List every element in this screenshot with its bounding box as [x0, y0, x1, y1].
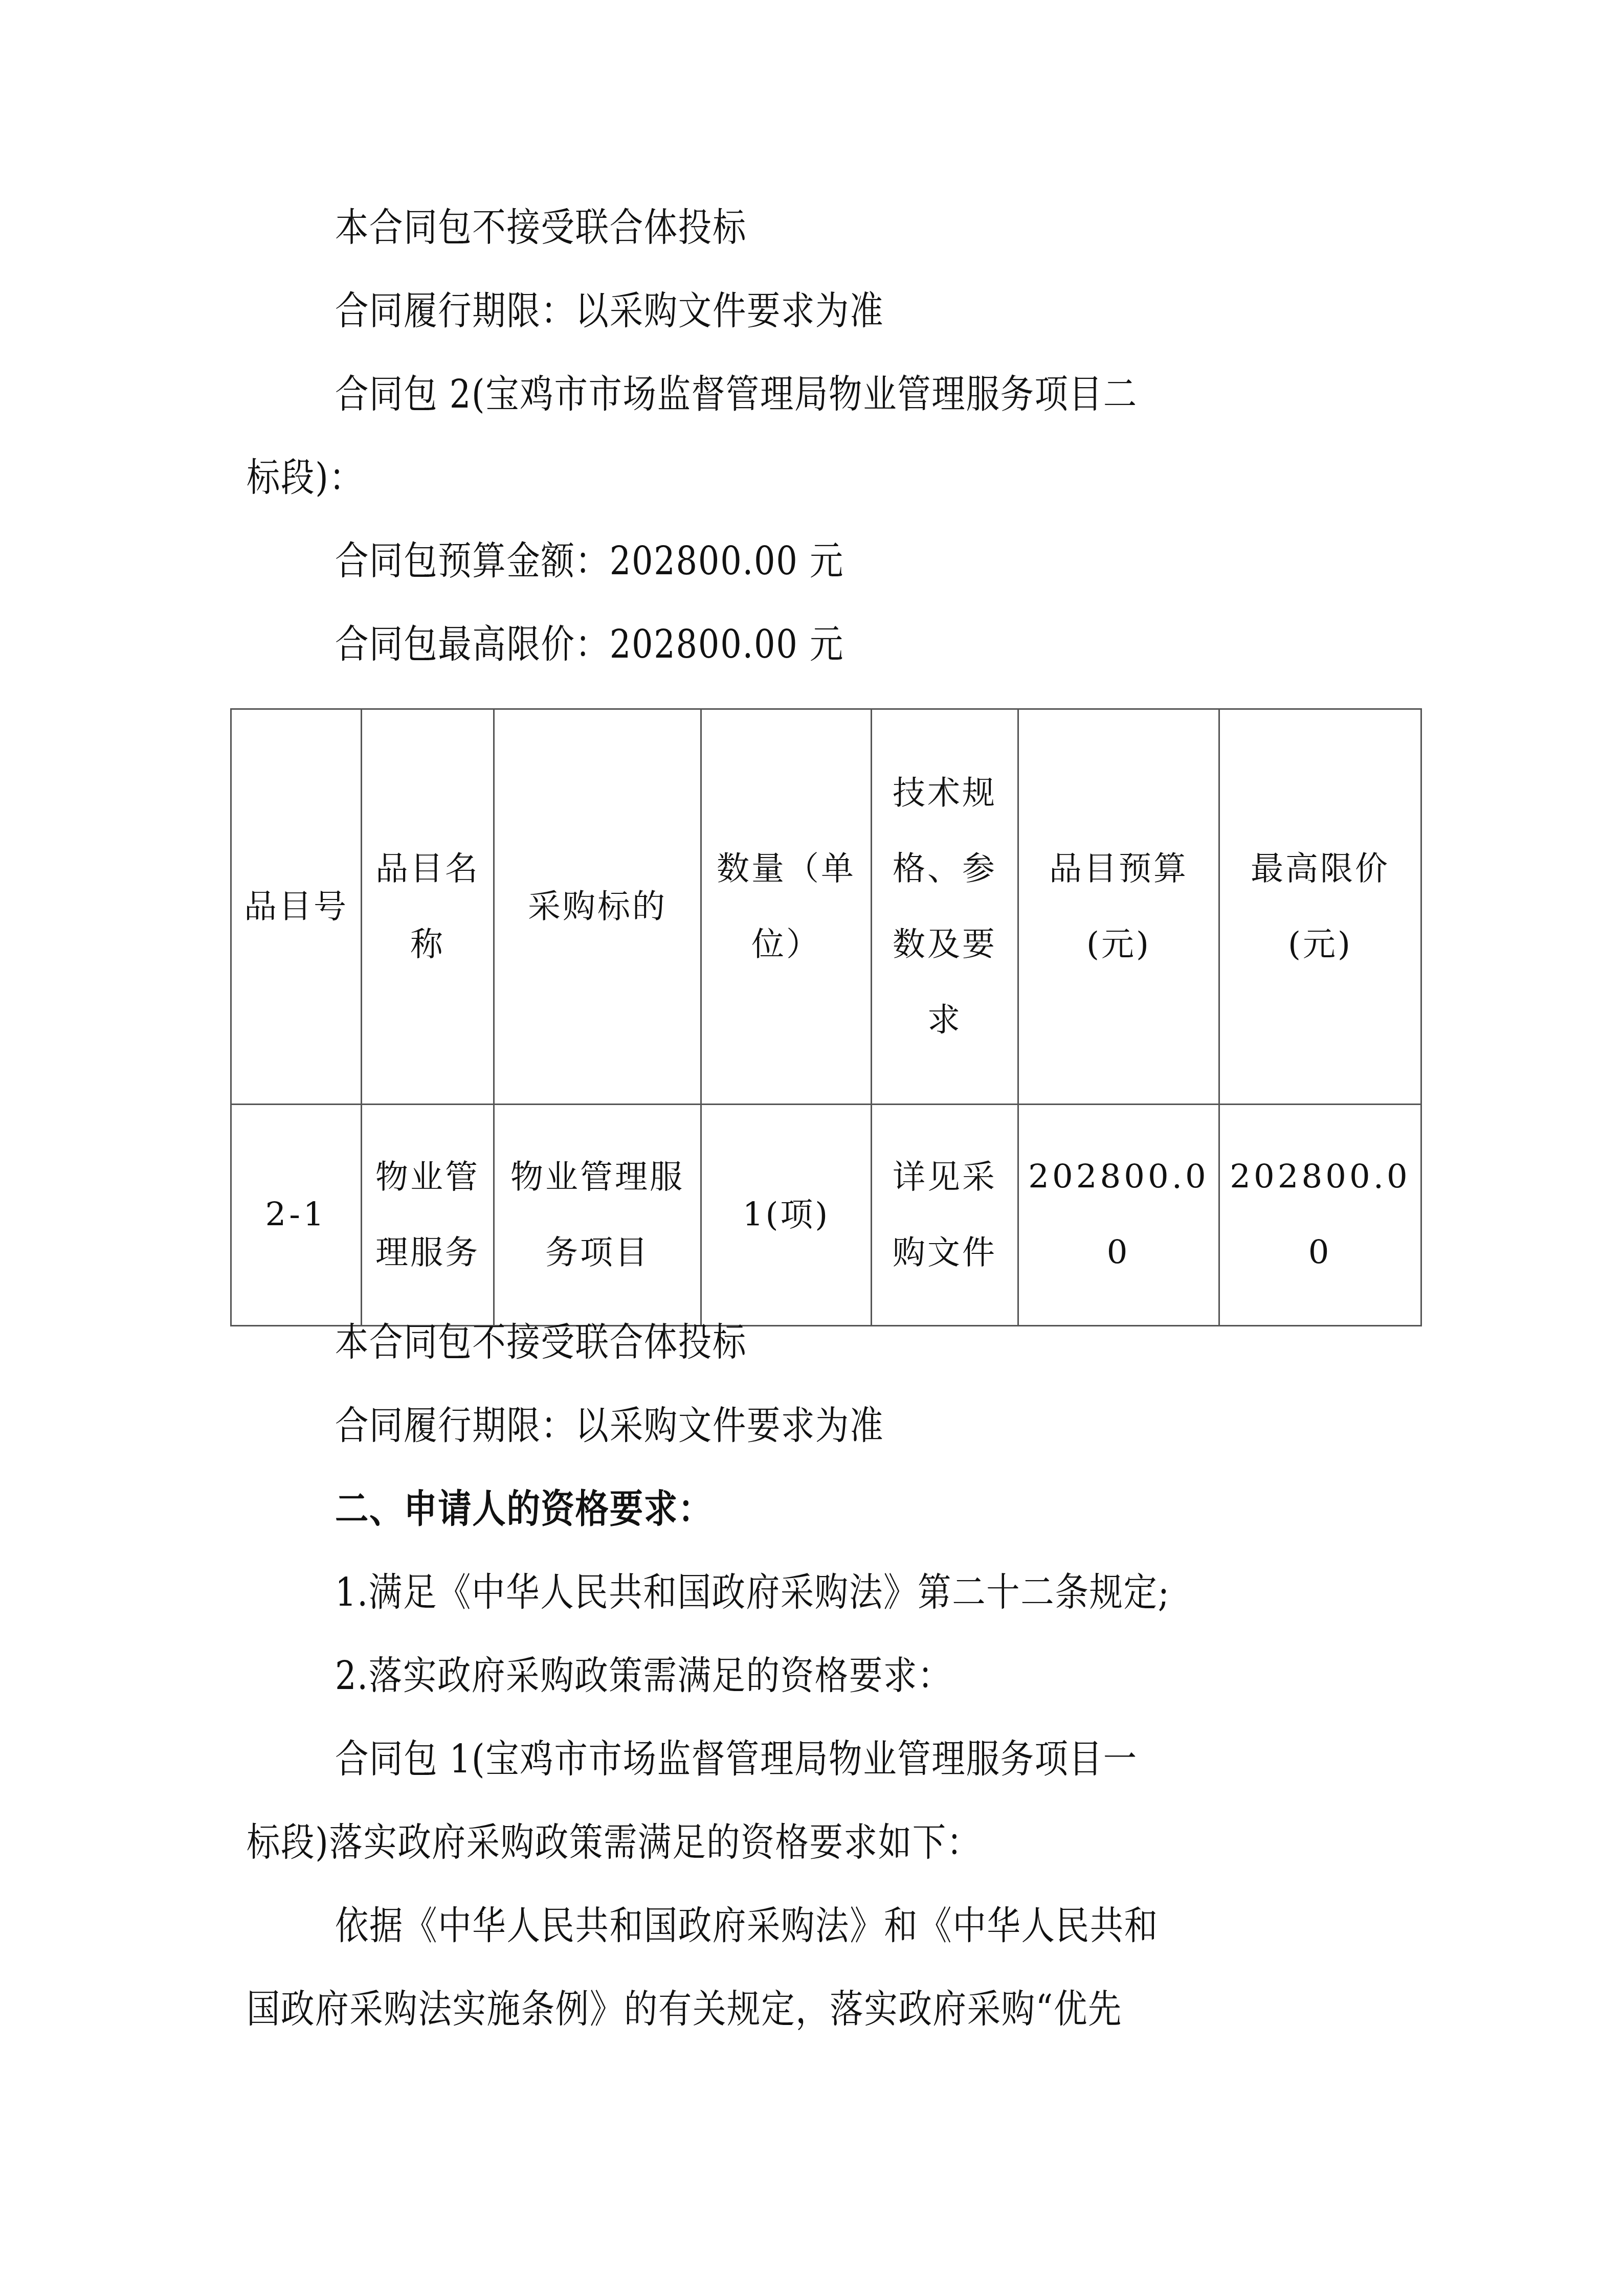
header-quantity-unit: 数量（单位）	[701, 709, 872, 1105]
paragraph-package-1-title: 合同包 1(宝鸡市市场监督管理局物业管理服务项目一	[335, 1734, 1138, 1785]
cell-item-no: 2-1	[231, 1105, 362, 1326]
section-heading-qualifications: 二、申请人的资格要求：	[335, 1483, 713, 1535]
table-header-row: 品目号 品目名称 采购标的 数量（单位） 技术规格、参数及要求 品目预算(元) …	[231, 709, 1421, 1105]
paragraph-package-2-title-cont: 标段)：	[247, 452, 363, 503]
table-row: 2-1 物业管理服务 物业管理服务项目 1(项) 详见采购文件 202800.0…	[231, 1105, 1421, 1326]
header-max-price: 最高限价(元)	[1219, 709, 1421, 1105]
paragraph-requirement-2: 2.落实政府采购政策需满足的资格要求：	[335, 1650, 952, 1701]
paragraph-max-price: 合同包最高限价：202800.00 元	[335, 619, 844, 670]
paragraph-performance-period-2: 合同履行期限：以采购文件要求为准	[335, 1400, 884, 1451]
header-item-no: 品目号	[231, 709, 362, 1105]
cell-tech-specs: 详见采购文件	[872, 1105, 1018, 1326]
paragraph-no-consortium-2: 本合同包不接受联合体投标	[335, 1317, 747, 1368]
paragraph-legal-basis: 依据《中华人民共和国政府采购法》和《中华人民共和	[335, 1900, 1159, 1951]
cell-item-name: 物业管理服务	[362, 1105, 494, 1326]
paragraph-package-2-title: 合同包 2(宝鸡市市场监督管理局物业管理服务项目二	[335, 369, 1138, 420]
header-tech-specs: 技术规格、参数及要求	[872, 709, 1018, 1105]
cell-max-price: 202800.00	[1219, 1105, 1421, 1326]
paragraph-no-consortium: 本合同包不接受联合体投标	[335, 202, 747, 253]
paragraph-performance-period: 合同履行期限：以采购文件要求为准	[335, 285, 884, 336]
cell-quantity: 1(项)	[701, 1105, 872, 1326]
header-procurement-subject: 采购标的	[494, 709, 701, 1105]
cell-item-budget: 202800.00	[1018, 1105, 1219, 1326]
header-item-name: 品目名称	[362, 709, 494, 1105]
paragraph-package-1-title-cont: 标段)落实政府采购政策需满足的资格要求如下：	[247, 1817, 981, 1868]
cell-procurement-subject: 物业管理服务项目	[494, 1105, 701, 1326]
paragraph-requirement-1: 1.满足《中华人民共和国政府采购法》第二十二条规定;	[335, 1567, 1170, 1618]
paragraph-legal-basis-cont: 国政府采购法实施条例》的有关规定，落实政府采购“优先	[247, 1984, 1122, 2035]
procurement-items-table: 品目号 品目名称 采购标的 数量（单位） 技术规格、参数及要求 品目预算(元) …	[230, 708, 1422, 1326]
header-item-budget: 品目预算(元)	[1018, 709, 1219, 1105]
paragraph-budget-amount: 合同包预算金额：202800.00 元	[335, 535, 844, 587]
